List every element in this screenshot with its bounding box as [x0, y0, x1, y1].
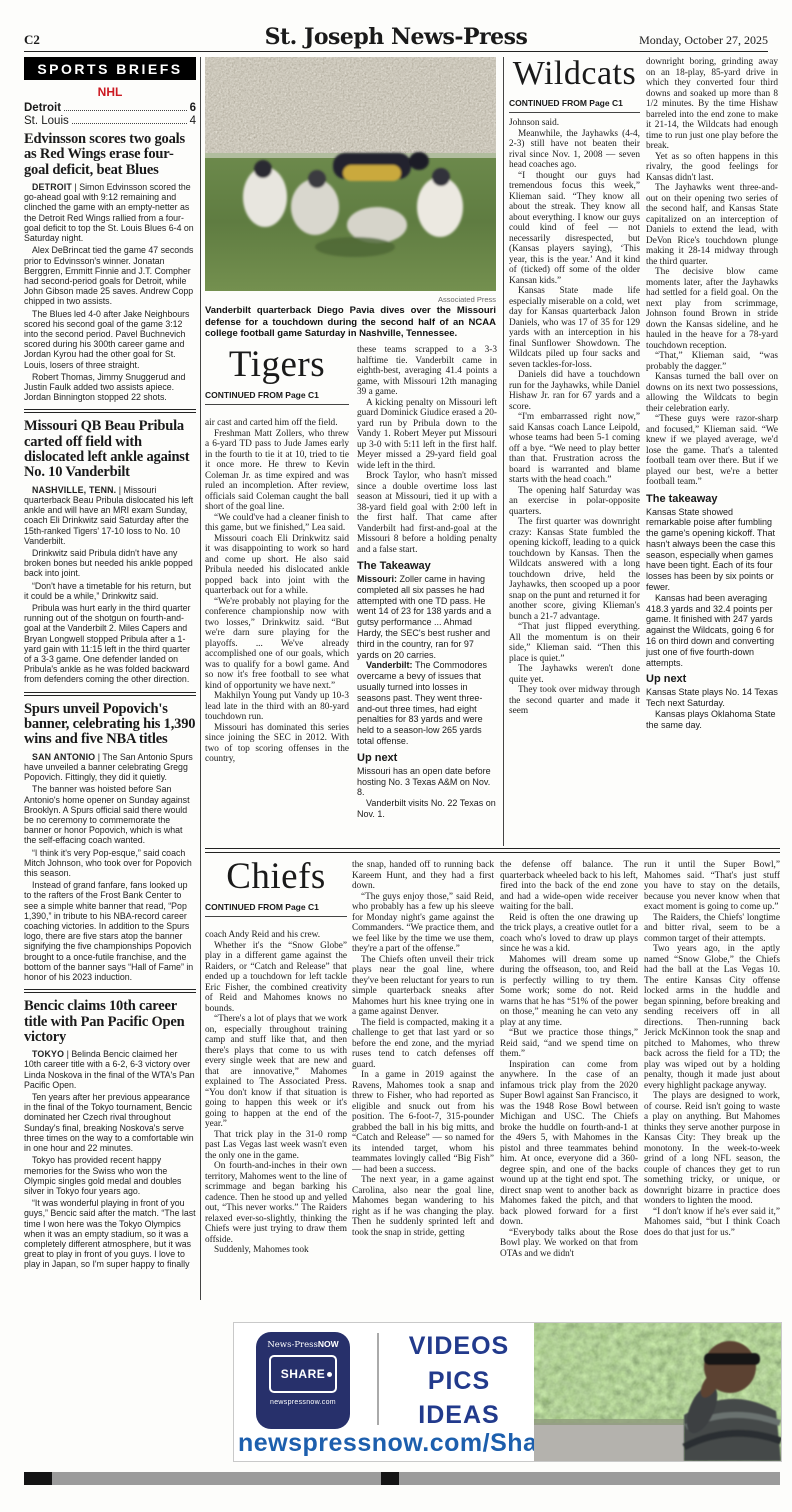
- continued-line: CONTINUED FROM Page C1: [205, 902, 347, 917]
- paragraph: these teams scrapped to a 3-3 halftime t…: [357, 345, 497, 398]
- article-wildcats-header: Wildcats CONTINUED FROM Page C1: [509, 57, 640, 113]
- takeaway-subhead: The Takeaway: [357, 560, 497, 572]
- dot-leader: [64, 110, 187, 111]
- paragraph: On fourth-and-inches in their own territ…: [205, 1161, 347, 1245]
- wildcats-takeaway-paragraphs: Kansas State showed remarkable poise aft…: [646, 507, 778, 669]
- paragraph: Pribula was hurt early in the third quar…: [24, 603, 196, 685]
- paragraph: The Jayhawks went three-and-out on their…: [646, 183, 778, 267]
- bottom-bar: [24, 1472, 780, 1485]
- league-label: NHL: [24, 85, 196, 99]
- brief-headline: Missouri QB Beau Pribula carted off fiel…: [24, 419, 196, 480]
- paragraph: Daniels did have a touchdown run for the…: [509, 370, 640, 412]
- ad-line-ideas: IDEAS: [386, 1398, 532, 1433]
- paragraph: The Jayhawks weren't done quite yet.: [509, 664, 640, 685]
- paragraph: The decisive blow came moments later, af…: [646, 267, 778, 351]
- paragraph: Kansas plays Oklahoma State the same day…: [646, 709, 778, 731]
- paragraph: “I don't know if he's ever said it,” Mah…: [644, 1207, 780, 1239]
- story-divider: [24, 409, 196, 413]
- paragraph: Brock Taylor, who hasn't missed since a …: [357, 471, 497, 555]
- article-tigers-header: Tigers CONTINUED FROM Page C1: [205, 346, 349, 405]
- paragraph: air cast and carted him off the field.: [205, 418, 349, 429]
- paragraph: Drinkwitz said Pribula didn't have any b…: [24, 548, 196, 579]
- paragraph: “That just flipped everything. All the m…: [509, 622, 640, 664]
- paragraph: “There's a lot of plays that we work on,…: [205, 1014, 347, 1130]
- phone-icon: SHARE: [269, 1355, 337, 1393]
- ad-divider: [377, 1333, 379, 1425]
- paragraph: Ten years after her previous appearance …: [24, 1092, 196, 1153]
- paragraph: In a game in 2019 against the Ravens, Ma…: [352, 1070, 494, 1175]
- paragraph: A kicking penalty on Missouri left guard…: [357, 398, 497, 472]
- ad-tagline: VIDEOS PICS IDEAS: [386, 1329, 532, 1433]
- paragraph: Kansas State made life especially misera…: [509, 286, 640, 370]
- team-name: St. Louis: [24, 115, 69, 127]
- brief-headline: Edvinsson scores two goals as Red Wings …: [24, 132, 196, 178]
- header-rule: [24, 51, 768, 52]
- chiefs-col2-paragraphs: the snap, handed off to running back Kar…: [352, 860, 494, 1238]
- share-advertisement: News-PressNOW SHARE newspressnow.com VID…: [233, 1322, 782, 1462]
- paragraph: The first quarter was downright crazy: K…: [509, 517, 640, 622]
- ad-url: newspressnow.com/Share: [238, 1429, 562, 1458]
- brand-bold: NOW: [318, 1339, 339, 1349]
- game-photo: [205, 57, 496, 291]
- score-row: Detroit 6: [24, 102, 196, 114]
- paragraph: “It was wonderful playing in front of yo…: [24, 1198, 196, 1269]
- story-divider: [24, 692, 196, 696]
- paragraph: “That,” Klieman said, “was probably the …: [646, 351, 778, 372]
- wildcats-col2-paragraphs: downright boring, grinding away on an 18…: [646, 57, 778, 488]
- paragraph: Robert Thomas, Jimmy Snuggerud and Justi…: [24, 372, 196, 403]
- paragraph: Makhilyn Young put Vandy up 10-3 lead la…: [205, 691, 349, 723]
- app-brand: News-PressNOW: [256, 1339, 350, 1350]
- chiefs-col1-paragraphs: coach Andy Reid and his crew.Whether it'…: [205, 930, 347, 1256]
- ad-line-videos: VIDEOS: [386, 1329, 532, 1364]
- paragraph: “But we practice those things,” Reid sai…: [500, 1028, 638, 1060]
- paragraph: TOKYO | Belinda Bencic claimed her 10th …: [24, 1049, 196, 1090]
- paragraph: Missouri has an open date before hosting…: [357, 766, 497, 798]
- paragraph: Missouri: Zoller came in having complete…: [357, 574, 497, 660]
- brief-body: TOKYO | Belinda Bencic claimed her 10th …: [24, 1049, 196, 1269]
- paragraph: DETROIT | Simon Edvinsson scored the go-…: [24, 182, 196, 243]
- photo-caption: Vanderbilt quarterback Diego Pavia dives…: [205, 305, 496, 340]
- ad-line-pics: PICS: [386, 1364, 532, 1399]
- paragraph: Reid is often the one drawing up the tri…: [500, 913, 638, 955]
- paragraph: Meanwhile, the Jayhawks (4-4, 2-3) still…: [509, 129, 640, 171]
- paragraph: The field is compacted, making it a chal…: [352, 1018, 494, 1071]
- article-title: Chiefs: [205, 858, 347, 895]
- paragraph: Whether it's the “Snow Globe” play in a …: [205, 941, 347, 1015]
- paragraph: “The guys enjoy those,” said Reid, who p…: [352, 892, 494, 955]
- page-date: Monday, October 27, 2025: [639, 33, 768, 48]
- paragraph: Freshman Matt Zollers, who threw a 6-yar…: [205, 429, 349, 513]
- paragraph: That trick play in the 31-0 romp past La…: [205, 1130, 347, 1162]
- upnext-subhead: Up next: [357, 752, 497, 764]
- paragraph: Suddenly, Mahomes took: [205, 1245, 347, 1256]
- wildcats-column-1: Johnson said.Meanwhile, the Jayhawks (4-…: [509, 118, 640, 845]
- paragraph: The Blues led 4-0 after Jake Neighbours …: [24, 309, 196, 370]
- paragraph: The Raiders, the Chiefs' longtime and bi…: [644, 913, 780, 945]
- paragraph: Tokyo has provided recent happy memories…: [24, 1155, 196, 1196]
- tigers-col2-paragraphs: these teams scrapped to a 3-3 halftime t…: [357, 345, 497, 555]
- paragraph: Two years ago, in the aptly named “Snow …: [644, 944, 780, 1091]
- tigers-col1-paragraphs: air cast and carted him off the field.Fr…: [205, 418, 349, 765]
- brief-headline: Bencic claims 10th career title with Pan…: [24, 999, 196, 1045]
- paragraph: “We could've had a cleaner finish to thi…: [205, 513, 349, 534]
- paragraph: “These guys were razor-sharp and focused…: [646, 414, 778, 488]
- column-rule-left: [200, 57, 201, 1300]
- chiefs-column-2: the snap, handed off to running back Kar…: [352, 860, 494, 1312]
- paragraph: “We're probably not playing for the conf…: [205, 597, 349, 692]
- wildcats-column-2: downright boring, grinding away on an 18…: [646, 57, 778, 845]
- paragraph: the defense off balance. The quarterback…: [500, 860, 638, 913]
- paragraph: “Everybody talks about the Rose Bowl pla…: [500, 1228, 638, 1260]
- tigers-upnext-paragraphs: Missouri has an open date before hosting…: [357, 766, 497, 820]
- paragraph: Kansas State showed remarkable poise aft…: [646, 507, 778, 593]
- phone-home-dot: [327, 1372, 332, 1377]
- paragraph: Johnson said.: [509, 118, 640, 129]
- brief-story: Missouri QB Beau Pribula carted off fiel…: [24, 419, 196, 684]
- dot-leader: [72, 123, 187, 124]
- brief-story: Spurs unveil Popovich's banner, celebrat…: [24, 702, 196, 983]
- chiefs-col3-paragraphs: the defense off balance. The quarterback…: [500, 860, 638, 1259]
- paragraph: Alex DeBrincat tied the game 47 seconds …: [24, 245, 196, 306]
- column-rule-center: [503, 57, 504, 846]
- paragraph: The next year, in a game against Carolin…: [352, 1175, 494, 1238]
- bottom-bar-square-center: [381, 1472, 399, 1485]
- brief-headline: Spurs unveil Popovich's banner, celebrat…: [24, 702, 196, 748]
- paragraph: Kansas turned the ball over on downs on …: [646, 372, 778, 414]
- paragraph: Kansas had been averaging 418.3 yards an…: [646, 593, 778, 669]
- paragraph: “I'm embarrassed right now,” said Kansas…: [509, 412, 640, 486]
- paragraph: Yet as so often happens in this rivalry,…: [646, 152, 778, 184]
- section-divider: [205, 848, 780, 853]
- paragraph: They took over midway through the second…: [509, 685, 640, 717]
- chiefs-column-1: coach Andy Reid and his crew.Whether it'…: [205, 930, 347, 1312]
- team-score: 6: [190, 102, 196, 114]
- paragraph: The plays are designed to work, of cours…: [644, 1091, 780, 1207]
- tigers-column-1: air cast and carted him off the field.Fr…: [205, 418, 349, 844]
- paragraph: Missouri has dominated this series since…: [205, 723, 349, 765]
- paragraph: “I thought our guys had tremendous focus…: [509, 171, 640, 287]
- photo-credit: Associated Press: [205, 295, 496, 304]
- paragraph: Vanderbilt: The Commodores overcame a be…: [357, 660, 497, 746]
- paragraph: “Don't have a timetable for his return, …: [24, 581, 196, 601]
- paragraph: The banner was hoisted before San Antoni…: [24, 784, 196, 845]
- man-photo-graphic: [534, 1323, 781, 1461]
- app-icon-url: newspressnow.com: [256, 1399, 350, 1406]
- chiefs-column-3: the defense off balance. The quarterback…: [500, 860, 638, 1312]
- chiefs-column-4: run it until the Super Bowl,” Mahomes sa…: [644, 860, 780, 1312]
- tigers-column-2: these teams scrapped to a 3-3 halftime t…: [357, 345, 497, 845]
- tigers-takeaway-paragraphs: Missouri: Zoller came in having complete…: [357, 574, 497, 747]
- team-score: 4: [190, 115, 196, 127]
- paragraph: The Chiefs often unveil their trick play…: [352, 955, 494, 1018]
- takeaway-subhead: The takeaway: [646, 493, 778, 505]
- paragraph: “I think it's very Pop-esque,” said coac…: [24, 848, 196, 879]
- brief-body: DETROIT | Simon Edvinsson scored the go-…: [24, 182, 196, 402]
- ad-photo: [534, 1323, 781, 1461]
- sports-briefs-header: SPORTS BRIEFS: [24, 57, 196, 80]
- brief-body: SAN ANTONIO | The San Antonio Spurs have…: [24, 752, 196, 982]
- paragraph: Kansas State plays No. 14 Texas Tech nex…: [646, 687, 778, 709]
- paragraph: Missouri coach Eli Drinkwitz said it was…: [205, 534, 349, 597]
- brand-serif: News-Press: [267, 1340, 318, 1350]
- paragraph: run it until the Super Bowl,” Mahomes sa…: [644, 860, 780, 913]
- newspaper-page: C2 St. Joseph News-Press Monday, October…: [0, 0, 792, 1512]
- paragraph: The opening half Saturday was an exercis…: [509, 486, 640, 518]
- brief-story: Edvinsson scores two goals as Red Wings …: [24, 132, 196, 402]
- paragraph: downright boring, grinding away on an 18…: [646, 57, 778, 152]
- article-chiefs-header: Chiefs CONTINUED FROM Page C1: [205, 858, 347, 917]
- article-title: Wildcats: [509, 57, 640, 91]
- paragraph: Instead of grand fanfare, fans looked up…: [24, 880, 196, 982]
- paragraph: the snap, handed off to running back Kar…: [352, 860, 494, 892]
- continued-line: CONTINUED FROM Page C1: [509, 98, 640, 113]
- share-button-label: SHARE: [281, 1367, 326, 1381]
- paragraph: coach Andy Reid and his crew.: [205, 930, 347, 941]
- football-photo-graphic: [205, 57, 496, 291]
- paragraph: SAN ANTONIO | The San Antonio Spurs have…: [24, 752, 196, 783]
- team-name: Detroit: [24, 102, 61, 114]
- paragraph: Inspiration can come from anywhere. In t…: [500, 1060, 638, 1228]
- wildcats-col1-paragraphs: Johnson said.Meanwhile, the Jayhawks (4-…: [509, 118, 640, 717]
- sports-briefs-column: SPORTS BRIEFS NHL Detroit 6 St. Louis 4 …: [24, 57, 196, 1269]
- newspressnow-app-icon: News-PressNOW SHARE newspressnow.com: [256, 1332, 350, 1429]
- wildcats-upnext-paragraphs: Kansas State plays No. 14 Texas Tech nex…: [646, 687, 778, 730]
- continued-line: CONTINUED FROM Page C1: [205, 390, 349, 405]
- brief-story: Bencic claims 10th career title with Pan…: [24, 999, 196, 1269]
- chiefs-col4-paragraphs: run it until the Super Bowl,” Mahomes sa…: [644, 860, 780, 1238]
- brief-body: NASHVILLE, TENN. | Missouri quarterback …: [24, 485, 196, 685]
- paragraph: Mahomes will dream some up during the of…: [500, 955, 638, 1029]
- paragraph: Vanderbilt visits No. 22 Texas on Nov. 1…: [357, 798, 497, 820]
- paragraph: NASHVILLE, TENN. | Missouri quarterback …: [24, 485, 196, 546]
- score-row: St. Louis 4: [24, 115, 196, 127]
- story-divider: [24, 989, 196, 993]
- bottom-bar-square-left: [24, 1472, 52, 1485]
- upnext-subhead: Up next: [646, 673, 778, 685]
- article-title: Tigers: [205, 346, 349, 383]
